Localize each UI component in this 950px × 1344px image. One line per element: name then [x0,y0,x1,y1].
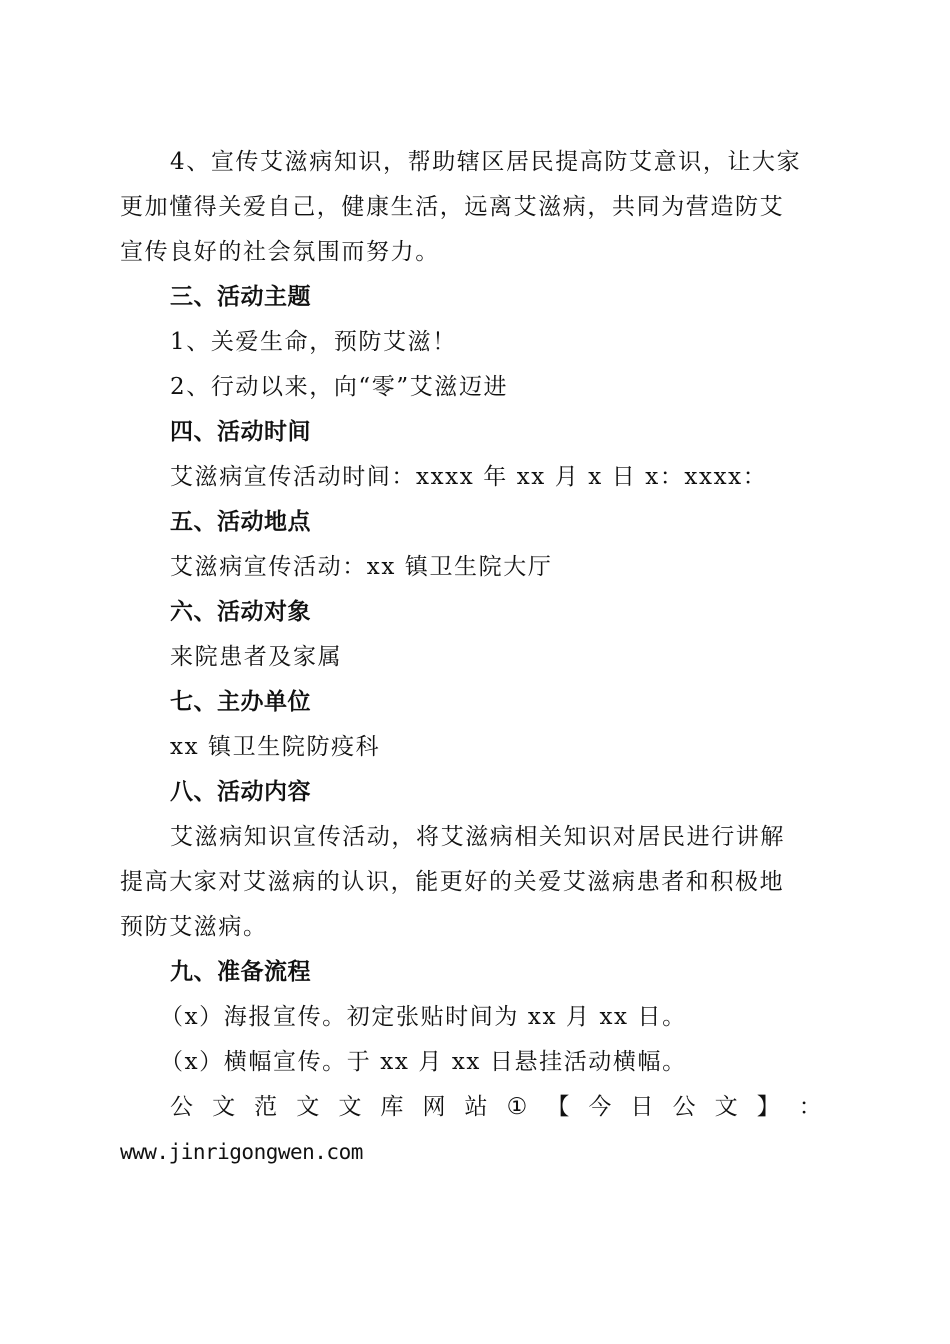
theme-item-1: 1、关爱生命，预防艾滋！ [120,320,822,365]
intro-line-3: 宣传良好的社会氛围而努力。 [120,230,822,275]
section-heading-process: 九、准备流程 [120,950,822,995]
footer-char: 文 [296,1085,319,1130]
location-text: 艾滋病宣传活动：xx 镇卫生院大厅 [120,545,822,590]
time-text: 艾滋病宣传活动时间：xxxx 年 xx 月 x 日 x：xxxx： [120,455,822,500]
section-heading-audience: 六、活动对象 [120,590,822,635]
footer-char: 日 [630,1085,653,1130]
footer-site-name: 公 文 范 文 文 库 网 站 ① 【 今 日 公 文 】 ： [120,1085,822,1130]
organizer-text: xx 镇卫生院防疫科 [120,725,822,770]
footer-char: 站 [465,1085,488,1130]
content-line-3: 预防艾滋病。 [120,905,822,950]
footer-char: ： [799,1085,822,1130]
process-item-2: （x）横幅宣传。于 xx 月 xx 日悬挂活动横幅。 [120,1040,822,1085]
section-heading-content: 八、活动内容 [120,770,822,815]
document-page: 4、宣传艾滋病知识，帮助辖区居民提高防艾意识，让大家 更加懂得关爱自己，健康生活… [120,140,822,1175]
footer-url: www.jinrigongwen.com [120,1130,822,1175]
footer-char: ① [507,1085,528,1130]
footer-char: 公 [170,1085,193,1130]
section-heading-theme: 三、活动主题 [120,275,822,320]
intro-line-1: 4、宣传艾滋病知识，帮助辖区居民提高防艾意识，让大家 [120,140,822,185]
process-item-1: （x）海报宣传。初定张贴时间为 xx 月 xx 日。 [120,995,822,1040]
section-heading-time: 四、活动时间 [120,410,822,455]
footer-char: 范 [254,1085,277,1130]
footer-char: 今 [588,1085,611,1130]
footer-char: 网 [422,1085,445,1130]
footer-char: 文 [338,1085,361,1130]
intro-line-2: 更加懂得关爱自己，健康生活，远离艾滋病，共同为营造防艾 [120,185,822,230]
section-heading-location: 五、活动地点 [120,500,822,545]
section-heading-organizer: 七、主办单位 [120,680,822,725]
footer-char: 文 [715,1085,738,1130]
footer-char: 【 [546,1085,569,1130]
audience-text: 来院患者及家属 [120,635,822,680]
footer-char: 文 [212,1085,235,1130]
content-line-2: 提高大家对艾滋病的认识，能更好的关爱艾滋病患者和积极地 [120,860,822,905]
theme-item-2: 2、行动以来，向“零”艾滋迈进 [120,365,822,410]
footer-char: 】 [757,1085,780,1130]
footer-char: 库 [380,1085,403,1130]
content-line-1: 艾滋病知识宣传活动，将艾滋病相关知识对居民进行讲解 [120,815,822,860]
footer-char: 公 [673,1085,696,1130]
